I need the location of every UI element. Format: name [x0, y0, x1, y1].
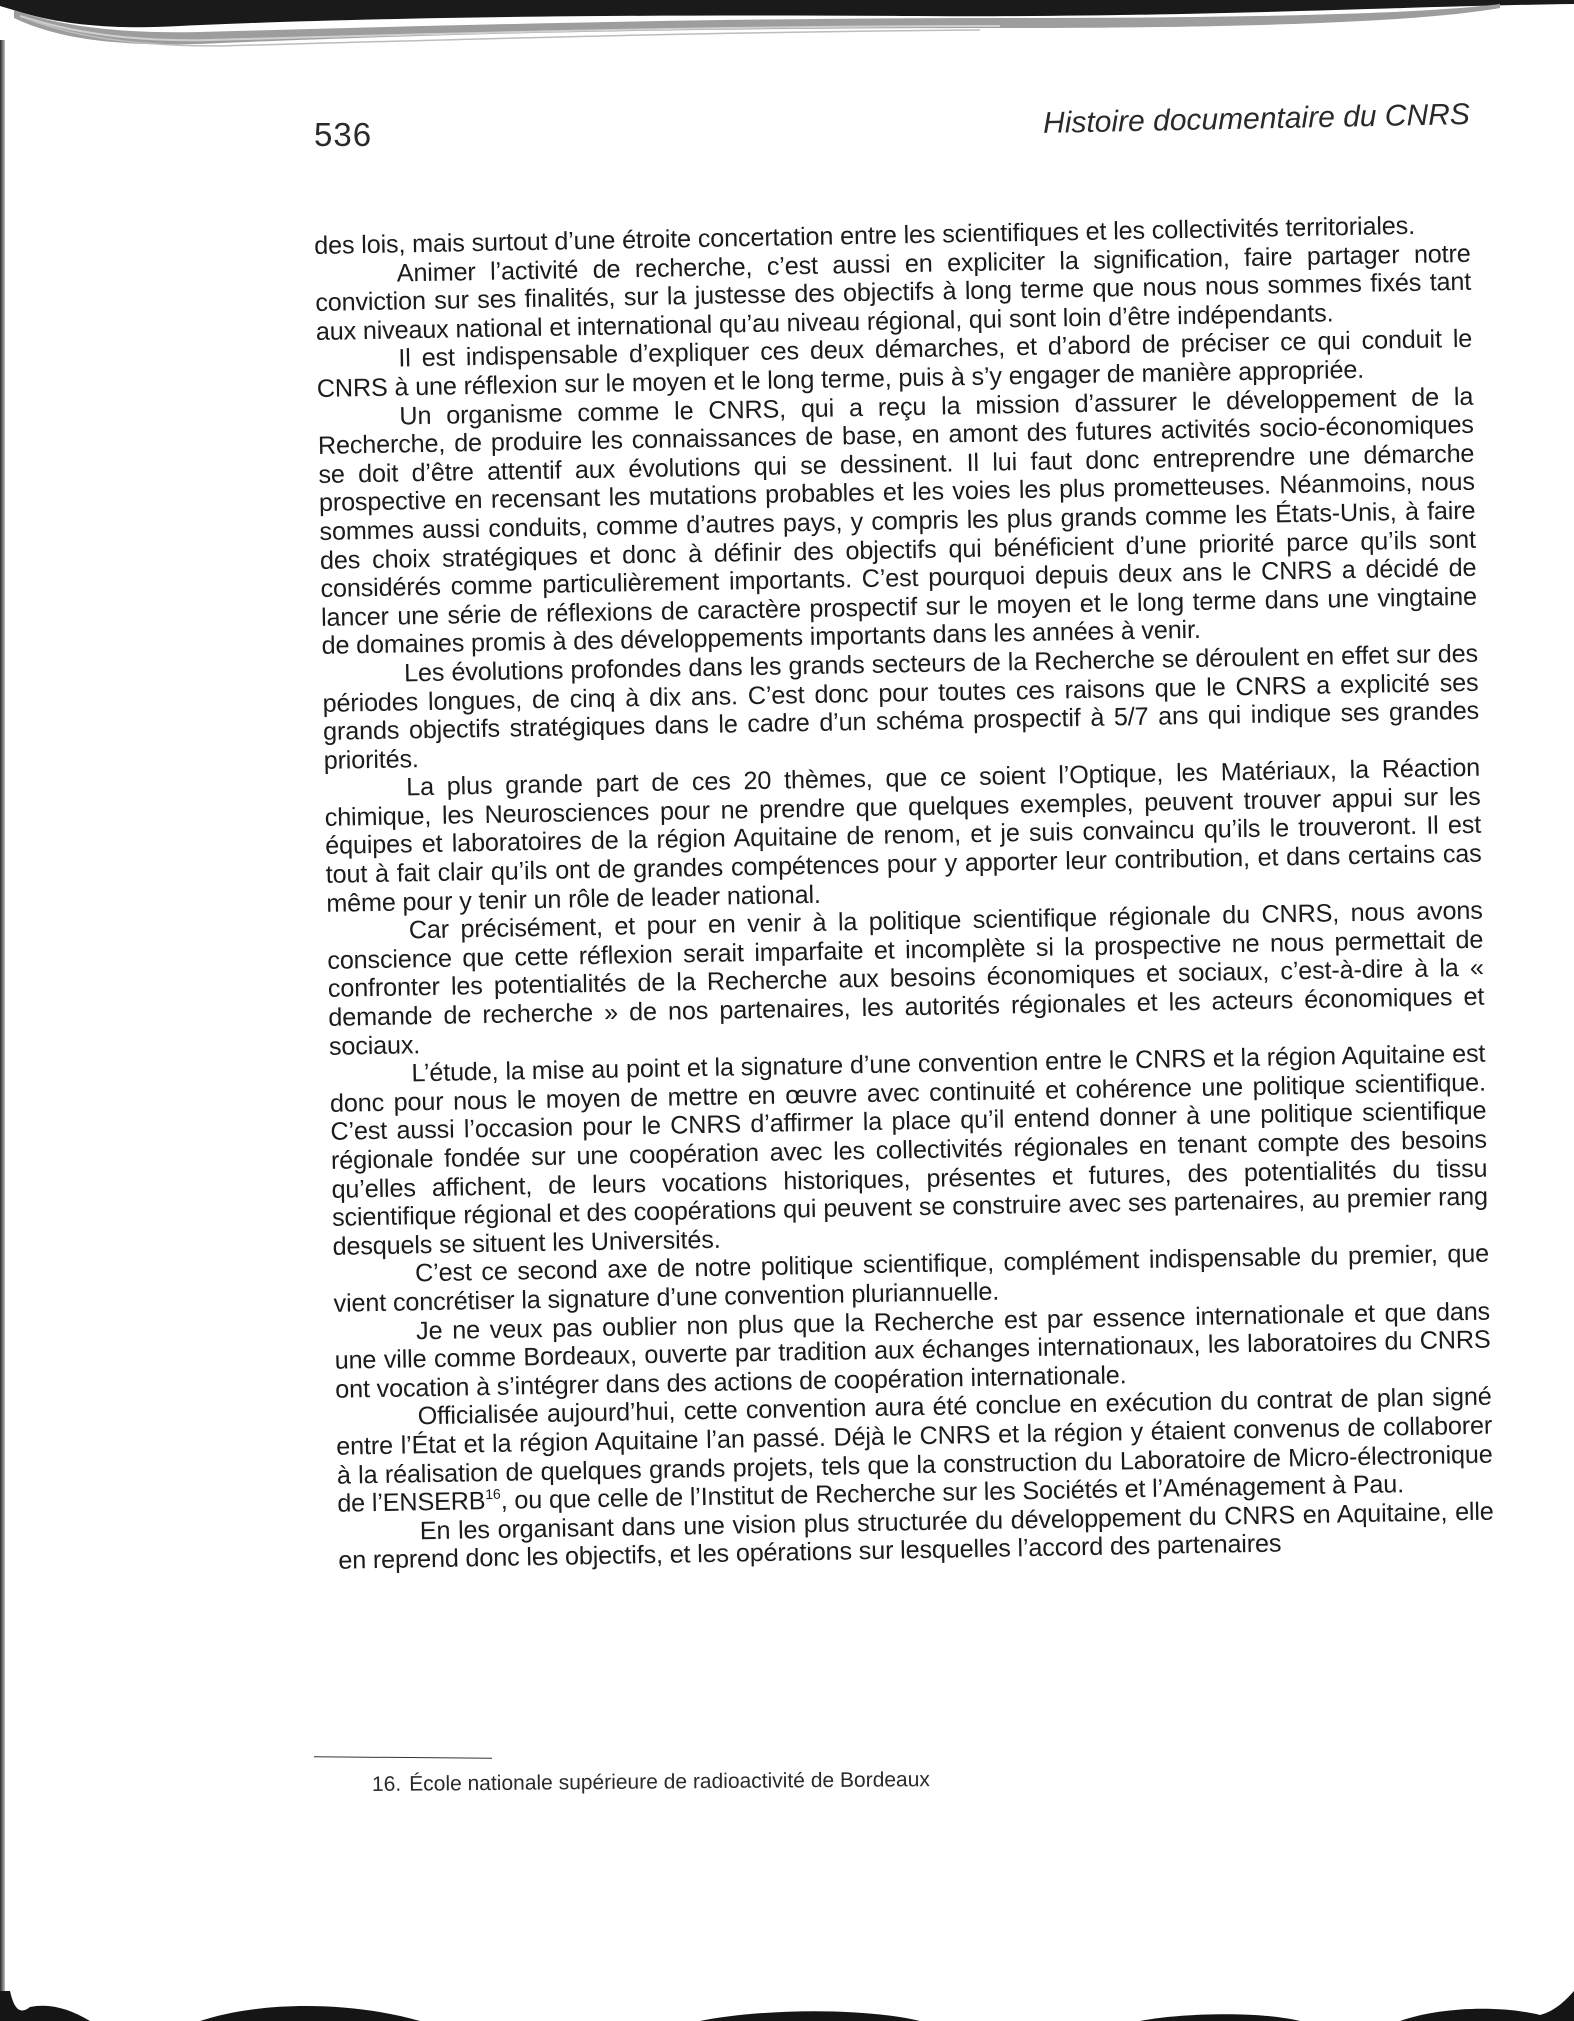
paragraph-with-footnote-ref: Officialisée aujourd’hui, cette conventi… [335, 1383, 1493, 1519]
running-header: 536 Histoire documentaire du CNRS [314, 98, 1470, 158]
paragraph: L’étude, la mise au point et la signatur… [329, 1040, 1488, 1261]
footnote-number: 16. [372, 1773, 401, 1796]
paragraph: La plus grande part de ces 20 thèmes, qu… [324, 754, 1482, 918]
paragraph: Un organisme comme le CNRS, qui a reçu l… [317, 382, 1478, 660]
footnote-reference: 16 [485, 1486, 501, 1502]
page-stack-edge [0, 0, 1574, 60]
paragraph: Car précisément, et pour en venir à la p… [327, 897, 1485, 1061]
body-text: des lois, mais surtout d’une étroite con… [314, 211, 1494, 1576]
page-left-edge [0, 40, 5, 2021]
footnote: 16.École nationale supérieure de radioac… [372, 1768, 930, 1797]
paragraph: Les évolutions profondes dans les grands… [322, 640, 1480, 776]
footnote-divider [314, 1756, 492, 1759]
book-title: Histoire documentaire du CNRS [1043, 98, 1470, 141]
footnote-text: École nationale supérieure de radioactiv… [409, 1768, 930, 1796]
scanned-book-page: 536 Histoire documentaire du CNRS des lo… [0, 0, 1574, 2021]
page-number: 536 [314, 116, 372, 154]
scanner-bed-edge [0, 1991, 1574, 2021]
